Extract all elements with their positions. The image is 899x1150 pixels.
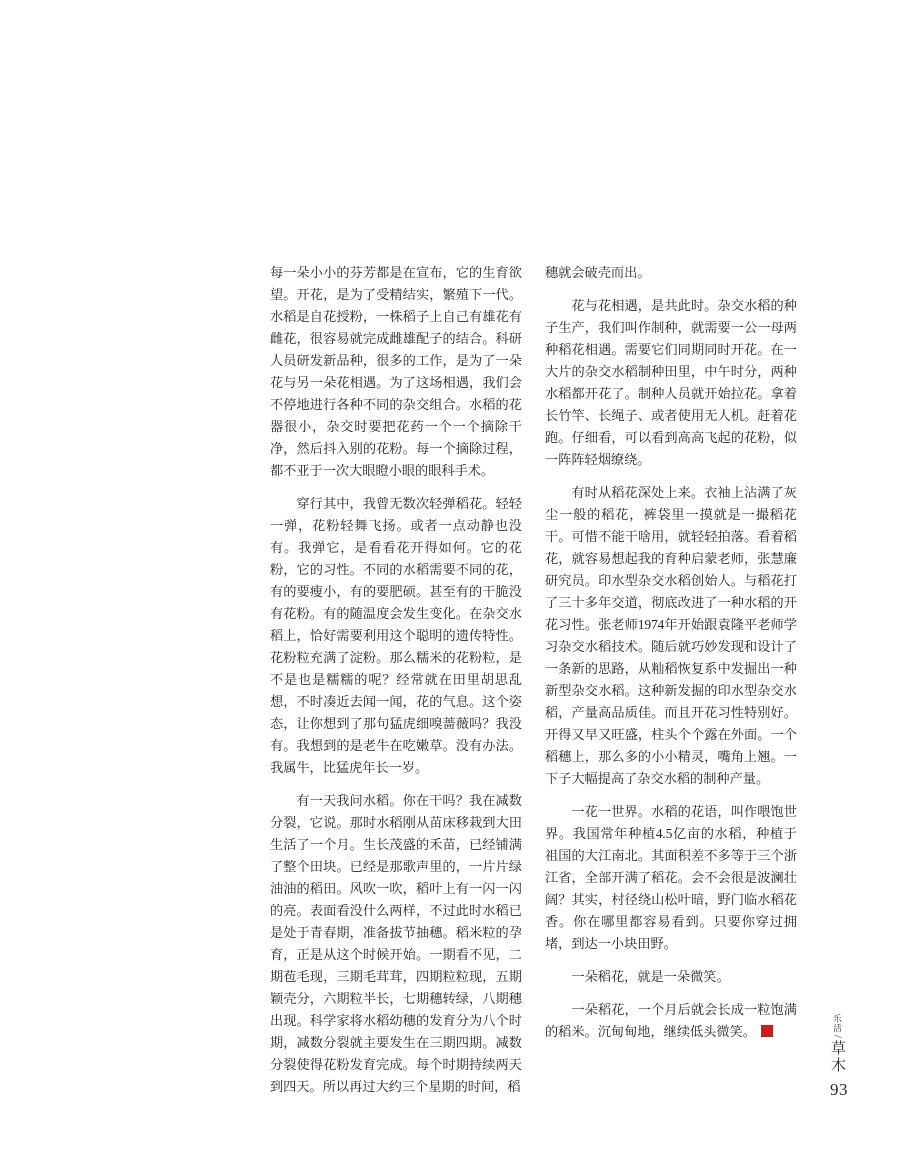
paragraph-text: 一朵稻花，一个月后就会长成一粒饱满的稻米。沉甸甸地，继续低头微笑。	[545, 1002, 797, 1039]
magazine-page: 每一朵小小的芬芳都是在宣布，它的生育欲望。开花，是为了受精结实，繁殖下一代。水稻…	[0, 0, 899, 1150]
paragraph: 一朵稻花，一个月后就会长成一粒饱满的稻米。沉甸甸地，继续低头微笑。	[545, 999, 797, 1043]
article-end-square-icon	[761, 1025, 773, 1037]
right-text-column: 穗就会破壳而出。 花与花相遇，是共此时。杂交水稻的种子生产，我们叫作制种，就需要…	[545, 262, 797, 1043]
section-label-slash: /	[832, 1033, 844, 1040]
left-text-column: 每一朵小小的芬芳都是在宣布，它的生育欲望。开花，是为了受精结实，繁殖下一代。水稻…	[270, 262, 522, 1098]
section-label: 乐活/草木	[827, 1014, 848, 1080]
paragraph: 花与花相遇，是共此时。杂交水稻的种子生产，我们叫作制种，就需要一公一母两种稻花相…	[545, 295, 797, 471]
page-number: 93	[830, 1080, 848, 1100]
paragraph: 一花一世界。水稻的花语，叫作喂饱世界。我国常年种植4.5亿亩的水稻，种植于祖国的…	[545, 801, 797, 955]
paragraph: 每一朵小小的芬芳都是在宣布，它的生育欲望。开花，是为了受精结实，繁殖下一代。水稻…	[270, 262, 522, 482]
section-label-small: 乐活	[832, 1014, 844, 1033]
paragraph: 穗就会破壳而出。	[545, 262, 797, 284]
paragraph: 有时从稻花深处上来。衣袖上沾满了灰尘一般的稻花，裤袋里一摸就是一撮稻花干。可惜不…	[545, 482, 797, 790]
paragraph: 穿行其中，我曾无数次轻弹稻花。轻轻一弹，花粉轻舞飞扬。或者一点动静也没有。我弹它…	[270, 493, 522, 779]
paragraph: 有一天我问水稻。你在干吗？我在减数分裂，它说。那时水稻刚从苗床移栽到大田生活了一…	[270, 790, 522, 1098]
section-label-large: 草木	[827, 1040, 848, 1074]
paragraph: 一朵稻花，就是一朵微笑。	[545, 966, 797, 988]
